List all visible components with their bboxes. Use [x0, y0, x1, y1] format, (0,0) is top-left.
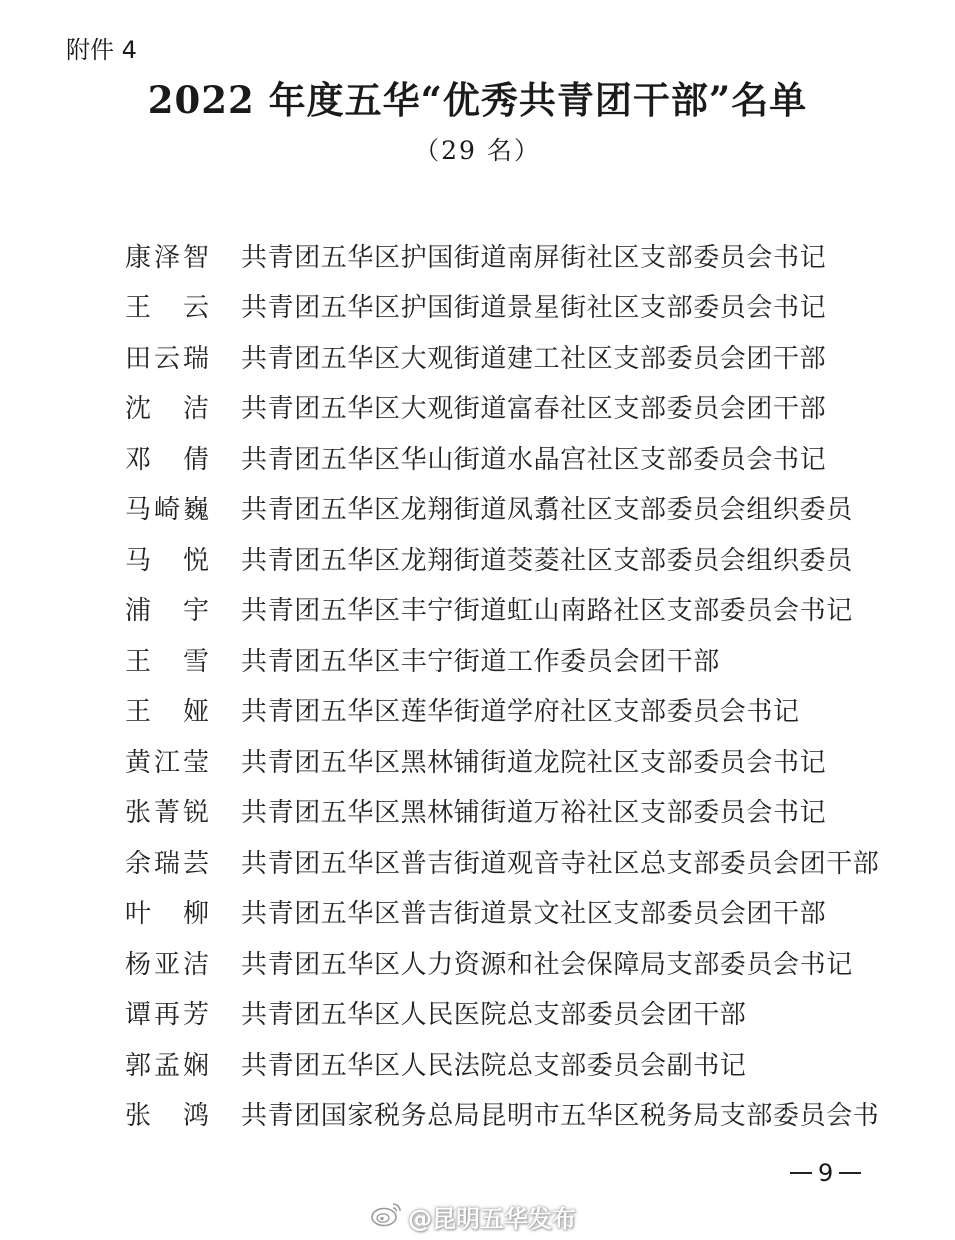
person-role: 共青团五华区大观街道建工社区支部委员会团干部	[241, 338, 826, 375]
list-item: 王 娅共青团五华区莲华街道学府社区支部委员会书记	[125, 685, 915, 736]
person-name: 马 悦	[125, 540, 209, 577]
list-item: 康泽智共青团五华区护国街道南屏街社区支部委员会书记	[125, 230, 915, 281]
page-number: 9	[790, 1156, 861, 1190]
person-name: 谭再芳	[125, 994, 209, 1031]
person-role: 共青团五华区普吉街道观音寺社区总支部委员会团干部	[241, 843, 879, 880]
person-role: 共青团五华区龙翔街道茭菱社区支部委员会组织委员	[241, 540, 853, 577]
person-role: 共青团五华区黑林铺街道龙院社区支部委员会书记	[241, 742, 826, 779]
list-item: 杨亚洁共青团五华区人力资源和社会保障局支部委员会书记	[125, 937, 915, 988]
list-item: 余瑞芸共青团五华区普吉街道观音寺社区总支部委员会团干部	[125, 836, 915, 887]
person-name: 叶 柳	[125, 893, 209, 930]
person-name: 黄江莹	[125, 742, 209, 779]
person-role: 共青团五华区人民法院总支部委员会副书记	[241, 1045, 746, 1082]
person-name: 王 雪	[125, 641, 209, 678]
list-item: 谭再芳共青团五华区人民医院总支部委员会团干部	[125, 988, 915, 1039]
person-name: 王 云	[125, 287, 209, 324]
page-dash-left	[790, 1172, 812, 1174]
honoree-list: 康泽智共青团五华区护国街道南屏街社区支部委员会书记 王 云共青团五华区护国街道景…	[125, 230, 915, 1139]
person-name: 张 鸿	[125, 1095, 209, 1132]
person-name: 浦 宇	[125, 590, 209, 627]
document-title: 2022 年度五华“优秀共青团干部”名单	[0, 72, 955, 128]
page-dash-right	[839, 1172, 861, 1174]
person-role: 共青团五华区华山街道水晶宫社区支部委员会书记	[241, 439, 826, 476]
watermark-text: @昆明五华发布	[408, 1199, 576, 1234]
person-name: 余瑞芸	[125, 843, 209, 880]
person-role: 共青团国家税务总局昆明市五华区税务局支部委员会书	[241, 1095, 879, 1132]
list-item: 叶 柳共青团五华区普吉街道景文社区支部委员会团干部	[125, 887, 915, 938]
list-item: 邓 倩共青团五华区华山街道水晶宫社区支部委员会书记	[125, 432, 915, 483]
document-subtitle: （29 名）	[0, 133, 955, 169]
person-role: 共青团五华区大观街道富春社区支部委员会团干部	[241, 388, 826, 425]
person-name: 田云瑞	[125, 338, 209, 375]
list-item: 王 云共青团五华区护国街道景星街社区支部委员会书记	[125, 281, 915, 332]
person-name: 马崎巍	[125, 489, 209, 526]
list-item: 沈 洁共青团五华区大观街道富春社区支部委员会团干部	[125, 382, 915, 433]
person-role: 共青团五华区人民医院总支部委员会团干部	[241, 994, 746, 1031]
person-role: 共青团五华区莲华街道学府社区支部委员会书记	[241, 691, 800, 728]
person-role: 共青团五华区护国街道南屏街社区支部委员会书记	[241, 237, 826, 274]
person-name: 康泽智	[125, 237, 209, 274]
person-role: 共青团五华区龙翔街道凤翥社区支部委员会组织委员	[241, 489, 853, 526]
list-item: 马崎巍共青团五华区龙翔街道凤翥社区支部委员会组织委员	[125, 483, 915, 534]
list-item: 郭孟娴共青团五华区人民法院总支部委员会副书记	[125, 1038, 915, 1089]
attachment-label: 附件 4	[66, 30, 137, 70]
list-item: 张菁锐共青团五华区黑林铺街道万裕社区支部委员会书记	[125, 786, 915, 837]
person-role: 共青团五华区护国街道景星街社区支部委员会书记	[241, 287, 826, 324]
list-item: 黄江莹共青团五华区黑林铺街道龙院社区支部委员会书记	[125, 735, 915, 786]
list-item: 张 鸿共青团国家税务总局昆明市五华区税务局支部委员会书	[125, 1089, 915, 1140]
person-role: 共青团五华区人力资源和社会保障局支部委员会书记	[241, 944, 853, 981]
person-name: 郭孟娴	[125, 1045, 209, 1082]
person-name: 张菁锐	[125, 792, 209, 829]
list-item: 王 雪共青团五华区丰宁街道工作委员会团干部	[125, 634, 915, 685]
list-item: 田云瑞共青团五华区大观街道建工社区支部委员会团干部	[125, 331, 915, 382]
weibo-icon	[370, 1198, 404, 1234]
list-item: 浦 宇共青团五华区丰宁街道虹山南路社区支部委员会书记	[125, 584, 915, 635]
person-name: 王 娅	[125, 691, 209, 728]
list-item: 马 悦共青团五华区龙翔街道茭菱社区支部委员会组织委员	[125, 533, 915, 584]
page-number-value: 9	[818, 1156, 833, 1190]
person-role: 共青团五华区丰宁街道虹山南路社区支部委员会书记	[241, 590, 853, 627]
person-role: 共青团五华区丰宁街道工作委员会团干部	[241, 641, 720, 678]
person-name: 邓 倩	[125, 439, 209, 476]
person-role: 共青团五华区普吉街道景文社区支部委员会团干部	[241, 893, 826, 930]
person-name: 沈 洁	[125, 388, 209, 425]
weibo-watermark: @昆明五华发布	[370, 1198, 576, 1234]
person-role: 共青团五华区黑林铺街道万裕社区支部委员会书记	[241, 792, 826, 829]
person-name: 杨亚洁	[125, 944, 209, 981]
